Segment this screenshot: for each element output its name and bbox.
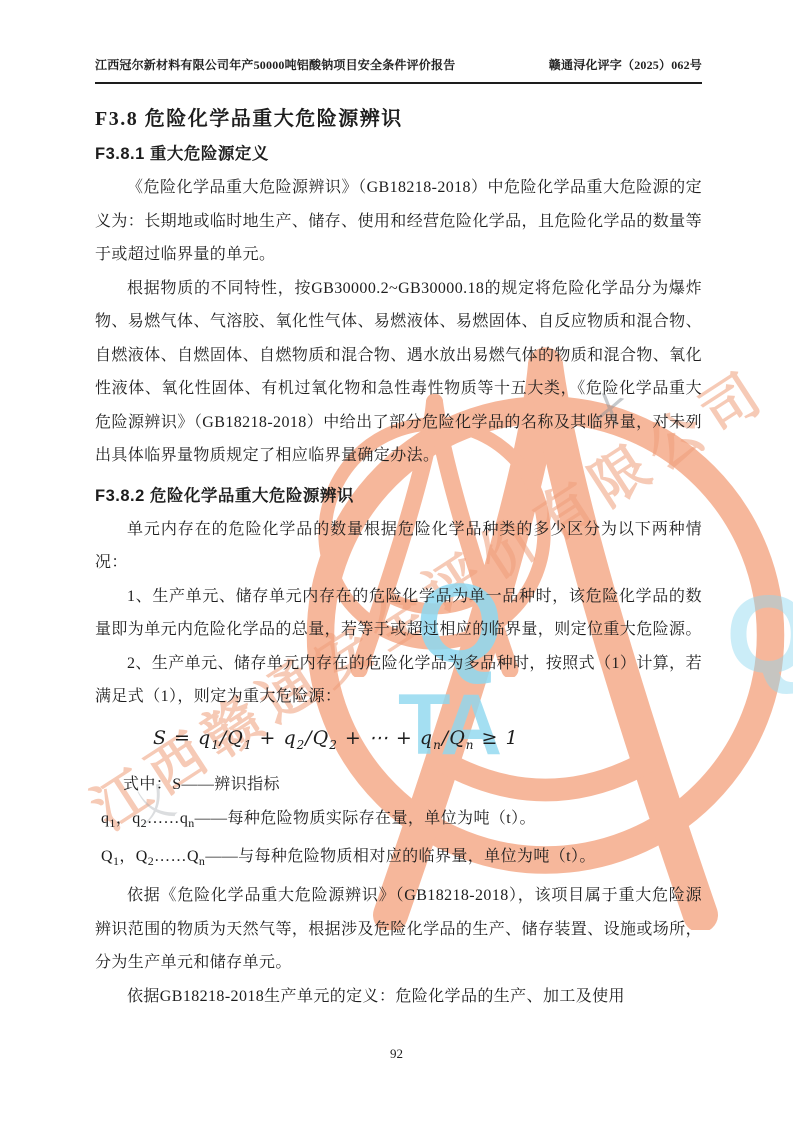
definition-s: 式中：S——辨识指标 bbox=[95, 768, 702, 802]
watermark-letter-q-right-icon: Q bbox=[726, 580, 793, 690]
paragraph-production-unit: 依据GB18218-2018生产单元的定义：危险化学品的生产、加工及使用 bbox=[95, 980, 702, 1014]
document-page: 江西赣通安全评价有限公司 Q TA Q X 乂 江西冠尔新材料有限公司年产500… bbox=[0, 0, 793, 1122]
heading-f382: F3.8.2 危险化学品重大危险源辨识 bbox=[95, 482, 702, 506]
definition-q: q1，q2……qn——每种危险物质实际存在量，单位为吨（t）。 bbox=[95, 802, 702, 841]
heading-f381: F3.8.1 重大危险源定义 bbox=[95, 140, 702, 164]
formula-equation-1: S = q1/Q1 + q2/Q2 + ⋯ + qn/Qn ≥ 1 bbox=[153, 727, 702, 752]
section-title: F3.8 危险化学品重大危险源辨识 bbox=[95, 102, 702, 131]
paragraph-definition: 《危险化学品重大危险源辨识》（GB18218-2018）中危险化学品重大危险源的… bbox=[95, 171, 702, 272]
header-right-text: 赣通浔化评字（2025）062号 bbox=[549, 56, 702, 73]
definition-Q: Q1，Q2……Qn——与每种危险物质相对应的临界量，单位为吨（t）。 bbox=[95, 840, 702, 879]
header-rule bbox=[95, 82, 702, 84]
paragraph-classification: 根据物质的不同特性，按GB30000.2~GB30000.18的规定将危险化学品… bbox=[95, 272, 702, 473]
list-item-1: 1、生产单元、储存单元内存在的危险化学品为单一品种时，该危险化学品的数量即为单元… bbox=[95, 580, 702, 647]
list-item-2: 2、生产单元、储存单元内存在的危险化学品为多品种时，按照式（1）计算，若满足式（… bbox=[95, 647, 702, 714]
page-number: 92 bbox=[390, 1046, 403, 1061]
paragraph-basis: 依据《危险化学品重大危险源辨识》（GB18218-2018），该项目属于重大危险… bbox=[95, 879, 702, 980]
page-header: 江西冠尔新材料有限公司年产50000吨铝酸钠项目安全条件评价报告 赣通浔化评字（… bbox=[95, 56, 702, 73]
page-footer: 92 bbox=[0, 1046, 793, 1062]
page-content: F3.8 危险化学品重大危险源辨识 F3.8.1 重大危险源定义 《危险化学品重… bbox=[95, 90, 702, 1013]
header-left-text: 江西冠尔新材料有限公司年产50000吨铝酸钠项目安全条件评价报告 bbox=[95, 56, 455, 73]
paragraph-intro: 单元内存在的危险化学品的数量根据危险化学品种类的多少区分为以下两种情况： bbox=[95, 513, 702, 580]
